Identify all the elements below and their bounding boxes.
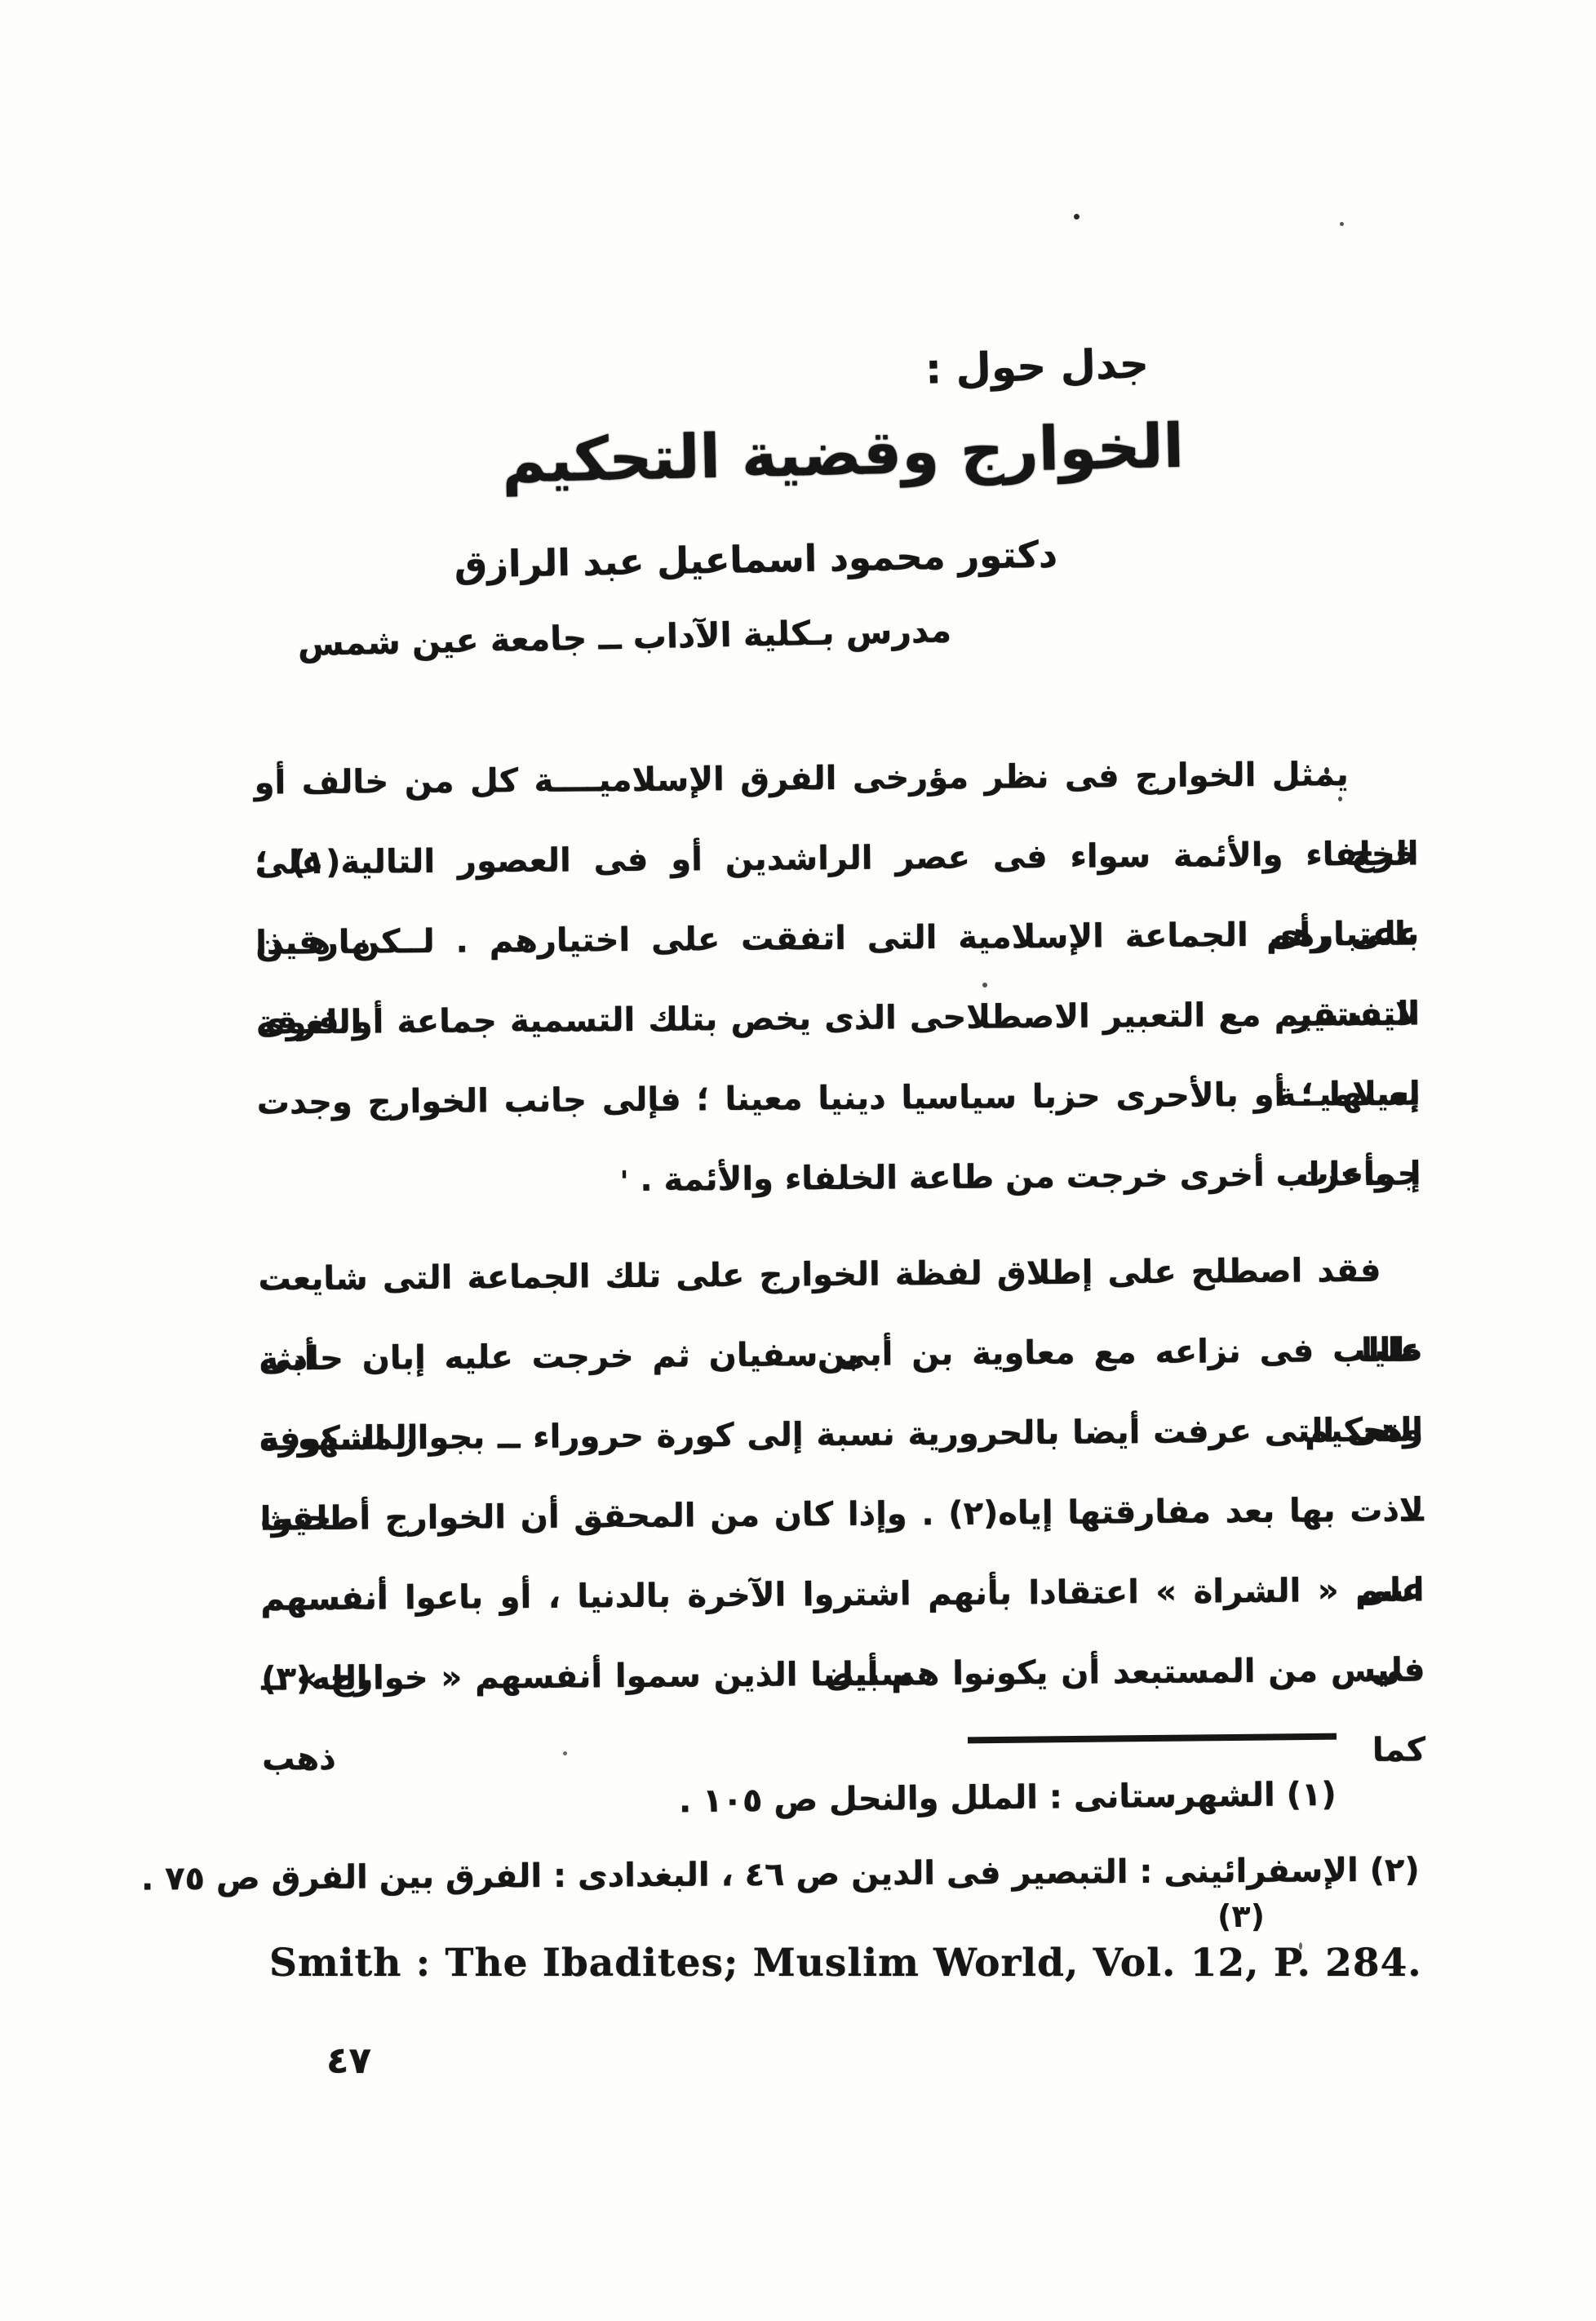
footnote-1: (١) الشهرستانى : الملل والنحل ص ١٠٥ . [679, 1776, 1337, 1820]
body-line: فقد اصطلح على إطلاق لفظة الخوارج على تلك… [258, 1230, 1422, 1319]
body-line: لاذت بها بعد مفارقتها إياه(٢) . وإذا كان… [259, 1470, 1424, 1559]
article-title: الخوارج وقضية التحكيم [587, 411, 1185, 495]
scan-speck [1340, 222, 1344, 226]
footnote-3-marker: (٣) [1217, 1898, 1265, 1934]
body-line: إوأحزاب أخرى خرجت من طاعة الخلفاء والأئم… [257, 1134, 1421, 1223]
body-line: على رأى الجماعة الإسلامية التى اتفقت على… [255, 894, 1420, 983]
page-number: ٤٧ [326, 2039, 371, 2082]
footnote-2: (٢) الإسفرائينى : التبصير فى الدين ص ٤٦ … [141, 1852, 1420, 1898]
body-line: طالب فى نزاعه مع معاوية بن أبى سفيان ثم … [259, 1310, 1423, 1399]
body-line: بعينها ؛ أو بالأحرى حزبا سياسيا دينيا مع… [256, 1054, 1421, 1143]
body-line: فليس من المستبعد أن يكونوا هم أيضا الذين… [261, 1630, 1425, 1719]
author-affiliation: مدرس بـكلية الآداب ــ جامعة عين شمس [511, 610, 952, 659]
body-line-text: وأحزاب أخرى خرجت من طاعة الخلفاء والأئمة… [640, 1156, 1395, 1199]
author-name: دكتور محمود اسماعيل عبد الرازق [552, 533, 1058, 585]
body-line: وهى التى عرفت أيضا بالحرورية نسبة إلى كو… [259, 1390, 1424, 1479]
english-citation: Smith : The Ibadites; Muslim World, Vol.… [269, 1941, 1322, 1986]
print-artifact-mark: إ [1395, 1155, 1421, 1192]
scanned-page: جدل حول : الخوارج وقضية التحكيم دكتور مح… [0, 0, 1596, 2321]
body-line: لايستقيم مع التعبير الاصطلاحى الذى يخص ب… [256, 974, 1421, 1063]
body-line: يمثل الخوارج فى نظر مؤرخى الفرق الإسلامي… [254, 734, 1418, 823]
print-artifact-mark: ' [620, 1165, 641, 1198]
body-line: اسم « الشراة » اعتقادا بأنهم اشتروا الآخ… [260, 1550, 1425, 1639]
body-line: الخلفاء والأئمة سواء فى عصر الراشدين أو … [255, 814, 1419, 903]
section-kicker: جدل حول : [924, 339, 1149, 393]
article-body: يمثل الخوارج فى نظر مؤرخى الفرق الإسلامي… [254, 734, 1425, 1719]
scan-speck [1074, 214, 1080, 220]
